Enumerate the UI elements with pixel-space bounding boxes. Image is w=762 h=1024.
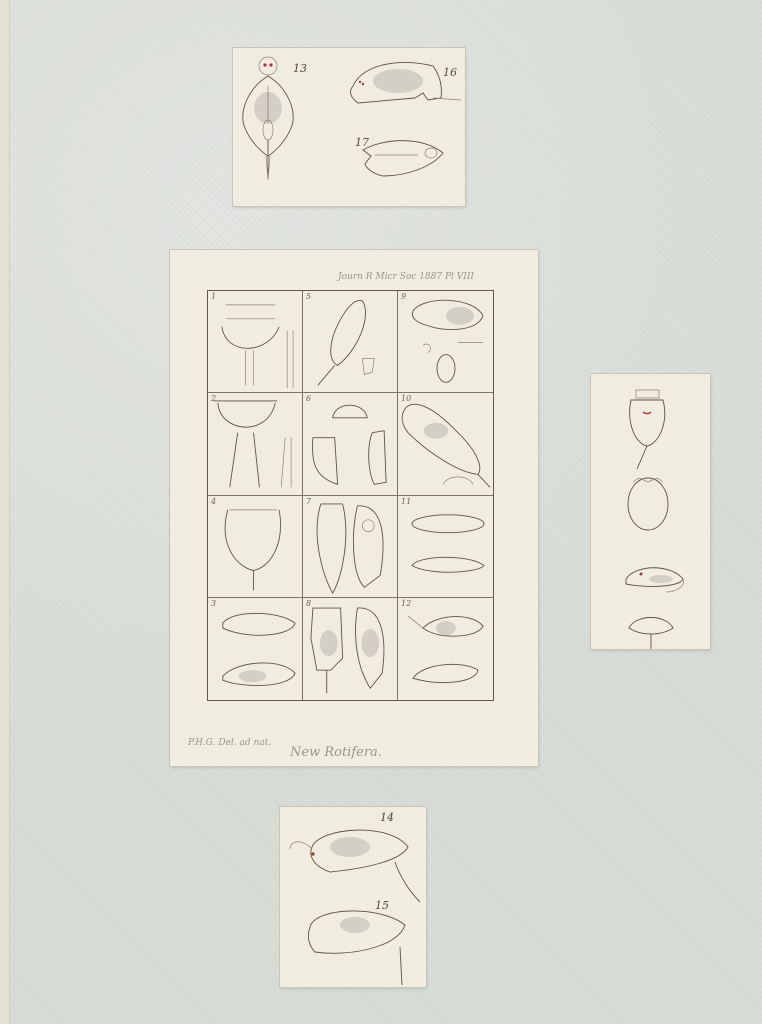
rotifer-horizontal-drawing: [398, 496, 493, 597]
lorica-oval-icon: [628, 478, 668, 530]
mount-board-edge: [0, 0, 10, 1024]
lorica-outline-icon: [363, 141, 443, 176]
grid-cell: 2: [208, 393, 303, 495]
rotifer-lateral-drawing: [398, 291, 493, 392]
grid-cell: 10: [398, 393, 493, 495]
lorica-spines-drawing: [208, 393, 302, 494]
figure-label-17: 17: [355, 136, 369, 149]
figure-label-16: 16: [443, 66, 457, 79]
grid-cell: 5: [303, 291, 398, 393]
grid-cell: 4: [208, 496, 303, 598]
rotifer-dorsal-icon: [630, 390, 665, 469]
figure-grid: 1 5 9: [207, 290, 494, 701]
rotifer-front-back-drawing: [303, 598, 397, 700]
rotifer-lateral-icon: [626, 568, 684, 592]
rotifer-pair-drawing: [303, 496, 397, 597]
grid-cell: 1: [208, 291, 303, 393]
grid-cell: 9: [398, 291, 493, 393]
figure-label-13: 13: [293, 62, 307, 75]
lorica-parts-drawing: [303, 393, 397, 494]
rotifer-lateral-icon: [290, 830, 420, 902]
top-card-drawings: [233, 48, 465, 206]
right-card-drawings: [591, 374, 710, 649]
rotifer-dorsal-icon: [243, 57, 293, 180]
plate-footer-title-annotation: New Rotifera.: [290, 745, 382, 760]
grid-cell: 6: [303, 393, 398, 495]
rotifer-profile-drawing: [398, 598, 493, 700]
bottom-card-drawings: [280, 807, 426, 987]
figure-label-15: 15: [375, 899, 389, 912]
plate-header-annotation: Journ R Micr Soc 1887 Pl VIII: [338, 272, 474, 282]
rotifer-side-drawing: [208, 598, 302, 700]
right-drawing-card: [591, 374, 710, 649]
figure-label-14: 14: [380, 811, 394, 824]
plate-footer-left-annotation: P.H.G. Del. ad nat.: [188, 738, 271, 748]
grid-cell: 12: [398, 598, 493, 700]
bottom-drawing-card: 14 15: [280, 807, 426, 987]
grid-cell: 7: [303, 496, 398, 598]
rotifer-body-drawing: [303, 291, 397, 392]
lorica-cap-icon: [629, 618, 673, 650]
grid-cell: 11: [398, 496, 493, 598]
grid-cell: 8: [303, 598, 398, 700]
top-drawing-card: 13 16 17: [233, 48, 465, 206]
lorica-vase-drawing: [208, 496, 302, 597]
grid-cell: 3: [208, 598, 303, 700]
main-plate-card: Journ R Micr Soc 1887 Pl VIII 1 5 9: [170, 250, 538, 766]
rotifer-oval-icon: [308, 911, 405, 985]
lorica-foot-drawing: [208, 291, 302, 392]
rotifer-diagonal-drawing: [398, 393, 493, 494]
